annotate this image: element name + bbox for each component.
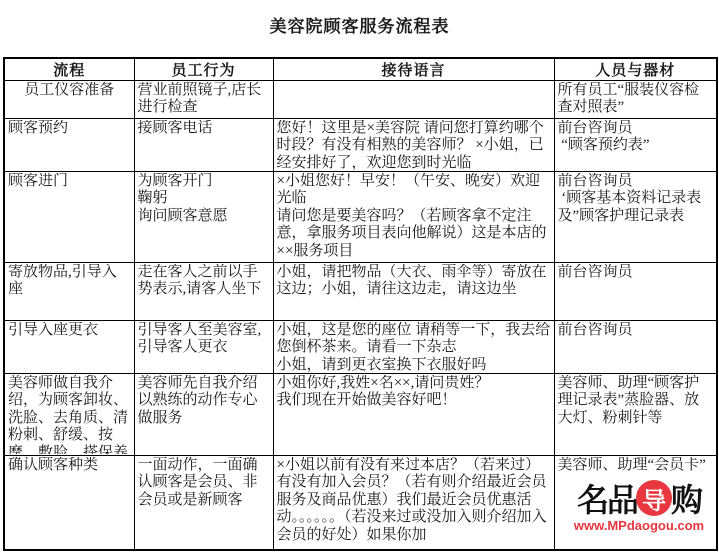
cell-language: ×小姐以前有没有来过本店？（若来过）有没有加入会员？（若有则介绍最近会员服务及商… [273,456,554,551]
cell-equipment: 所有员工“服装仪容检查对照表” [554,81,717,119]
cell-process: 顾客预约 [4,119,134,172]
brand-circle-icon: 导 [636,480,672,516]
watermark-url: www.MPdaogou.com [563,518,715,533]
cell-equipment: 前台咨询员 ‘顾客基本资料记录表及”顾客护理记录表 [554,172,717,263]
cell-language: 小姐你好,我姓×名××,请问贵姓？ 我们现在开始做美容好吧！ [273,374,554,456]
cell-behavior: 引导客人至美容室,引导客人更衣 [134,321,273,374]
cell-process: 引导入座更衣 [4,321,134,374]
table-row: 顾客预约 接顾客电话 您好！这里是×美容院 请问您打算约哪个时段？有没有相熟的美… [4,119,717,172]
page-title: 美容院顾客服务流程表 [0,0,719,37]
table-header-row: 流程 员工行为 接待语言 人员与器材 [4,58,717,81]
cell-language: 小姐，这是您的座位 请稍等一下，我去给您倒杯茶来。请看一下杂志 小姐，请到更衣室… [273,321,554,374]
header-process: 流程 [4,58,134,81]
cell-language: 您好！这里是×美容院 请问您打算约哪个时段？有没有相熟的美容师？ ×小姐，已经安… [273,119,554,172]
brand-logo: 名品 导 购 [563,478,715,518]
cell-behavior: 接顾客电话 [134,119,273,172]
cell-behavior: 营业前照镜子,店长进行检查 [134,81,273,119]
cell-behavior: 为顾客开门 鞠躬 询问顾客意愿 [134,172,273,263]
cell-equipment: 美容师、助理“顾客护理记录表”蒸脸器、放大灯、粉刺针等 [554,374,717,456]
cell-language [273,81,554,119]
cell-process: 员工仪容准备 [4,81,134,119]
cell-behavior: 走在客人之前以手势表示,请客人坐下 [134,263,273,321]
header-language: 接待语言 [273,58,554,81]
cell-equipment: 前台咨询员 [554,321,717,374]
table-row: 寄放物品,引导入座 走在客人之前以手势表示,请客人坐下 小姐，请把物品（大衣、雨… [4,263,717,321]
cell-process: 寄放物品,引导入座 [4,263,134,321]
table-row: 美容师做自我介绍，为顾客卸妆、洗脸、去角质、清粉刺、舒缓、按摩、敷脸、搽保养品。… [4,374,717,456]
header-behavior: 员工行为 [134,58,273,81]
cell-behavior: 一面动作，一面确认顾客是会员、非会员或是新顾客 [134,456,273,551]
cell-language: ×小姐您好！早安！（午安、晚安）欢迎光临 请问您是要美容吗？（若顾客拿不定注意，… [273,172,554,263]
brand-text-right: 购 [671,475,701,521]
cell-process: 顾客进门 [4,172,134,263]
table-row: 引导入座更衣 引导客人至美容室,引导客人更衣 小姐，这是您的座位 请稍等一下，我… [4,321,717,374]
header-equipment: 人员与器材 [554,58,717,81]
brand-text-left: 名品 [577,475,637,521]
cell-process: 确认顾客种类 [4,456,134,551]
cell-process: 美容师做自我介绍，为顾客卸妆、洗脸、去角质、清粉刺、舒缓、按摩、敷脸、搽保养品。 [4,374,134,456]
cell-equipment: 前台咨询员 “顾客预约表” [554,119,717,172]
brand-circle-char: 导 [642,481,666,516]
table-row: 顾客进门 为顾客开门 鞠躬 询问顾客意愿 ×小姐您好！早安！（午安、晚安）欢迎光… [4,172,717,263]
cell-equipment: 前台咨询员 [554,263,717,321]
table-row: 员工仪容准备 营业前照镜子,店长进行检查 所有员工“服装仪容检查对照表” [4,81,717,119]
cell-behavior: 美容师先自我介绍 以熟练的动作专心做服务 [134,374,273,456]
watermark: 名品 导 购 www.MPdaogou.com [563,478,715,533]
cell-language: 小姐，请把物品（大衣、雨伞等）寄放在这边；小姐，请往这边走，请这边坐 [273,263,554,321]
